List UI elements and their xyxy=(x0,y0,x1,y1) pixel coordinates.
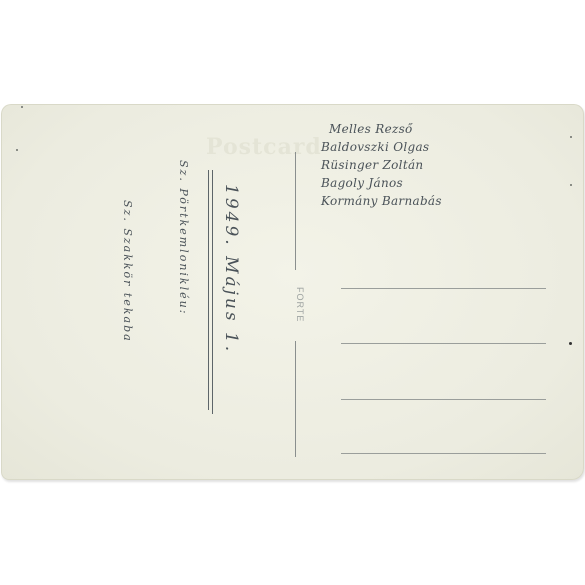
faded-print-text: Postcard xyxy=(206,134,322,160)
address-line xyxy=(341,288,546,289)
center-divider-top xyxy=(295,152,296,270)
recipient-names: Melles Rezső Baldovszki Olgas Rüsinger Z… xyxy=(321,120,442,210)
date-underline xyxy=(212,170,213,414)
paper-speck xyxy=(570,184,572,186)
recipient-name: Rüsinger Zoltán xyxy=(321,156,442,174)
paper-speck xyxy=(570,136,572,138)
handwritten-greeting: Sz. Pörtkemlonikléu: xyxy=(177,160,190,315)
recipient-name: Melles Rezső xyxy=(321,120,442,138)
paper-speck xyxy=(16,149,18,151)
address-line xyxy=(341,453,546,454)
center-divider-bottom xyxy=(295,341,296,457)
recipient-name: Bagoly János xyxy=(321,174,442,192)
address-line xyxy=(341,399,546,400)
date-underline xyxy=(208,170,209,410)
handwritten-signature: Sz. Szakkör tekaba xyxy=(121,200,134,343)
recipient-name: Kormány Barnabás xyxy=(321,192,442,210)
paper-speck xyxy=(569,342,572,345)
recipient-name: Baldovszki Olgas xyxy=(321,138,442,156)
address-line xyxy=(341,343,546,344)
paper-speck xyxy=(21,106,23,108)
handwritten-date: 1949. Május 1. xyxy=(221,184,241,354)
forte-label: FORTE xyxy=(285,280,305,330)
postcard-back: Postcard FORTE Melles Rezső Baldovszki O… xyxy=(1,104,584,480)
